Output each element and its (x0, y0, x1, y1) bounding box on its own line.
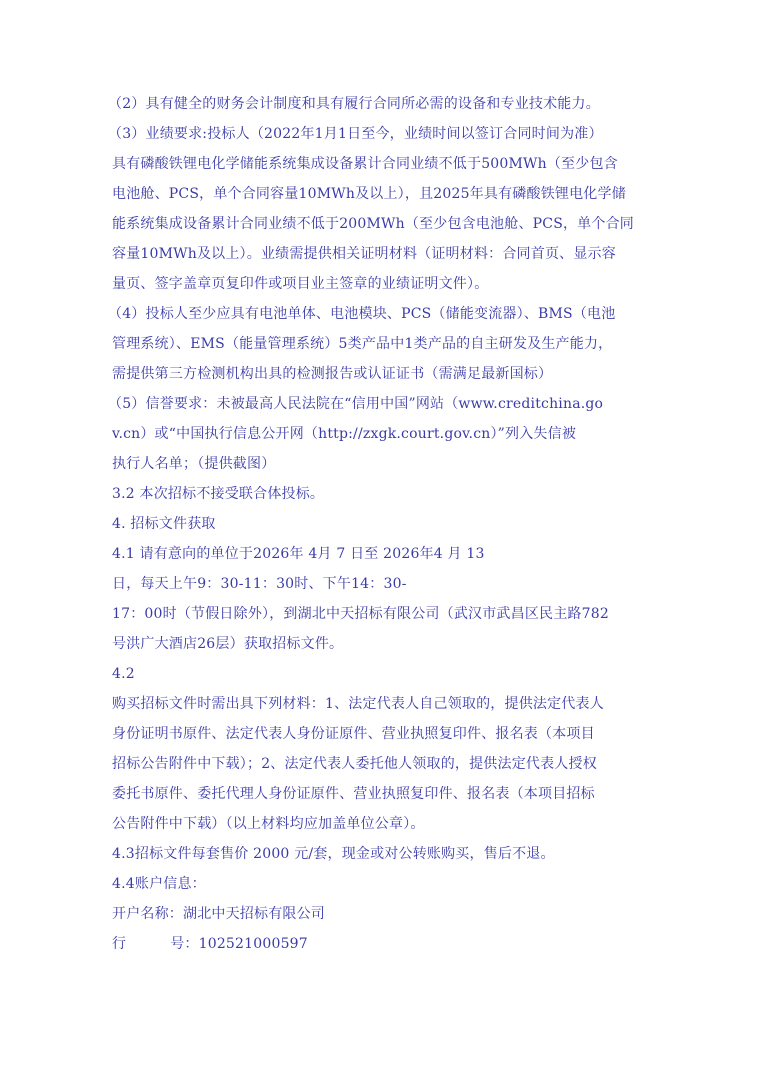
clause-2-line: （2）具有健全的财务会计制度和具有履行合同所必需的设备和专业技术能力。 (108, 89, 652, 119)
clause-4-line-2: 管理系统）、EMS（能量管理系统）5类产品中1类产品的自主研发及生产能力， (112, 329, 652, 359)
section-4-2-line-4: 委托书原件、委托代理人身份证原件、营业执照复印件、报名表（本项目招标 (112, 779, 652, 809)
section-4-2-line-1: 购买招标文件时需出具下列材料：1、法定代表人自己领取的，提供法定代表人 (112, 689, 652, 719)
account-name-line: 开户名称：湖北中天招标有限公司 (112, 899, 652, 929)
section-4-heading: 4. 招标文件获取 (112, 509, 652, 539)
clause-4-line-1: （4）投标人至少应具有电池单体、电池模块、PCS（储能变流器）、BMS（电池 (108, 299, 652, 329)
clause-3-line-2: 具有磷酸铁锂电化学储能系统集成设备累计合同业绩不低于500MWh（至少包含 (112, 149, 652, 179)
clause-5-line-2: v.cn）或“中国执行信息公开网（http://zxgk.court.gov.c… (112, 419, 652, 449)
clause-4-line-3: 需提供第三方检测机构出具的检测报告或认证证书（需满足最新国标） (112, 359, 652, 389)
account-number-label-1: 行 (112, 929, 126, 959)
section-4-4-heading: 4.4账户信息： (112, 869, 652, 899)
account-number-line: 行号：102521000597 (112, 929, 652, 959)
section-4-2-heading: 4.2 (112, 659, 652, 689)
clause-3-line-1: （3）业绩要求:投标人（2022年1月1日至今，业绩时间以签订合同时间为准） (108, 119, 652, 149)
clause-3-line-5: 容量10MWh及以上）。业绩需提供相关证明材料（证明材料：合同首页、显示容 (112, 239, 652, 269)
clause-3-line-6: 量页、签字盖章页复印件或项目业主签章的业绩证明文件）。 (112, 269, 652, 299)
account-number-value: 102521000597 (199, 936, 308, 952)
section-4-1-line-3: 17：00时（节假日除外），到湖北中天招标有限公司（武汉市武昌区民主路782 (112, 599, 652, 629)
account-number-label-2: 号： (170, 929, 198, 959)
clause-3-line-3: 电池舱、PCS，单个合同容量10MWh及以上），且2025年具有磷酸铁锂电化学储 (112, 179, 652, 209)
section-3-2: 3.2 本次招标不接受联合体投标。 (112, 479, 652, 509)
section-4-1-line-4: 号洪广大酒店26层）获取招标文件。 (112, 629, 652, 659)
section-4-3: 4.3招标文件每套售价 2000 元/套，现金或对公转账购买，售后不退。 (112, 839, 652, 869)
document-page: （2）具有健全的财务会计制度和具有履行合同所必需的设备和专业技术能力。 （3）业… (112, 89, 652, 959)
section-4-2-line-5: 公告附件中下载）（以上材料均应加盖单位公章）。 (112, 809, 652, 839)
clause-5-line-1: （5）信誉要求：未被最高人民法院在“信用中国”网站（www.creditchin… (108, 389, 652, 419)
clause-5-line-3: 执行人名单；（提供截图） (112, 449, 652, 479)
section-4-2-line-2: 身份证明书原件、法定代表人身份证原件、营业执照复印件、报名表（本项目 (112, 719, 652, 749)
section-4-1-line-2: 日，每天上午9：30-11：30时、下午14：30- (112, 569, 652, 599)
section-4-2-line-3: 招标公告附件中下载）；2、法定代表人委托他人领取的，提供法定代表人授权 (112, 749, 652, 779)
clause-3-line-4: 能系统集成设备累计合同业绩不低于200MWh（至少包含电池舱、PCS，单个合同 (112, 209, 652, 239)
section-4-1-line-1: 4.1 请有意向的单位于2026年 4月 7 日至 2026年4 月 13 (112, 539, 652, 569)
